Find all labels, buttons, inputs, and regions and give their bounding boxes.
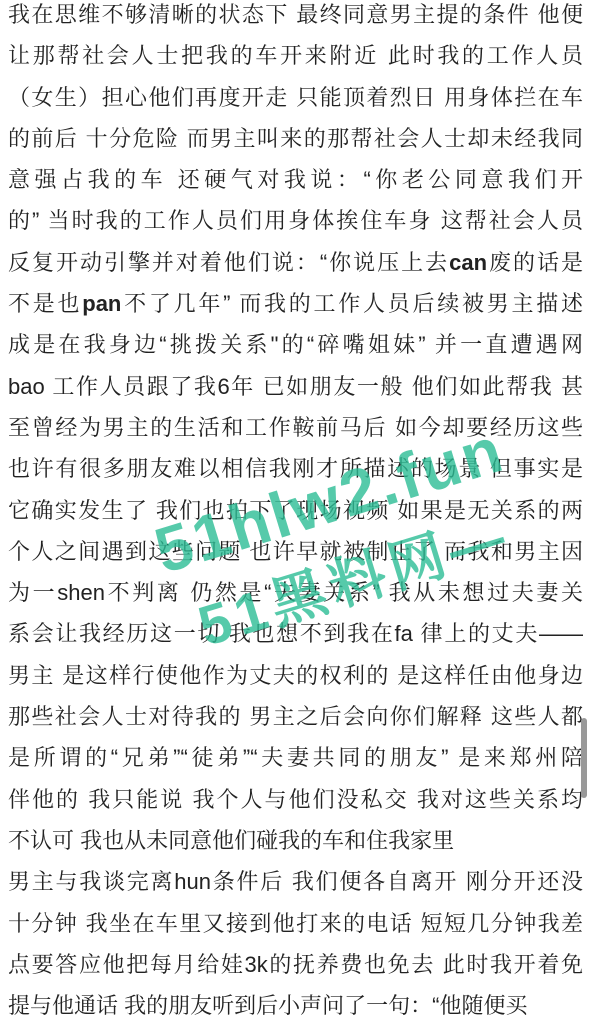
text-segment: 至曾经为男主的生活和工作鞍前马后 如今却要经历这些 [8, 415, 583, 440]
text-line: 是所谓的“兄弟”“徒弟”“夫妻共同的朋友” 是来郑州陪 [8, 737, 583, 778]
text-segment: 男主与我谈完离hun条件后 我们便各自离开 刚分开还没 [8, 869, 583, 894]
text-segment: 伴他的 我只能说 我个人与他们没私交 我对这些关系均 [8, 787, 583, 812]
text-segment: 那些社会人士对待我的 男主之后会向你们解释 这些人都 [8, 704, 583, 729]
text-segment: 个人之间遇到这些问题 也许早就被制止了 而我和男主因 [8, 539, 583, 564]
text-segment: 为一shen不判离 仍然是“夫妻关系” 我从未想过夫妻关 [8, 580, 583, 605]
text-segment: 意强占我的车 还硬气对我说：“你老公同意我们开 [8, 167, 583, 192]
scrollbar-thumb[interactable] [581, 718, 587, 798]
text-line: 系会让我经历这一切 我也想不到我在fa 律上的丈夫—— [8, 613, 583, 654]
text-line: 那些社会人士对待我的 男主之后会向你们解释 这些人都 [8, 696, 583, 737]
paragraph: 我在思维不够清晰的状态下 最终同意男主提的条件 他便让那帮社会人士把我的车开来附… [8, 0, 583, 861]
text-line: 不是也pan不了几年” 而我的工作人员后续被男主描述 [8, 283, 583, 324]
text-line: 男主 是这样行使他作为丈夫的权利的 是这样任由他身边 [8, 655, 583, 696]
text-segment: 是所谓的“兄弟”“徒弟”“夫妻共同的朋友” 是来郑州陪 [8, 745, 583, 770]
text-line: 不认可 我也从未同意他们碰我的车和住我家里 [8, 820, 583, 861]
text-segment: 不了几年” 而我的工作人员后续被男主描述 [121, 291, 583, 316]
text-line: 男主与我谈完离hun条件后 我们便各自离开 刚分开还没 [8, 861, 583, 902]
text-line: 它确实发生了 我们也拍下了现场视频 如果是无关系的两 [8, 490, 583, 531]
text-segment: 点要答应他把每月给娃3k的抚养费也免去 此时我开着免 [8, 952, 583, 977]
text-line: （女生）担心他们再度开走 只能顶着烈日 用身体拦在车 [8, 77, 583, 118]
text-segment: 的前后 十分危险 而男主叫来的那帮社会人士却未经我同 [8, 126, 583, 151]
text-segment: 不认可 我也从未同意他们碰我的车和住我家里 [8, 828, 454, 853]
text-segment: 男主 是这样行使他作为丈夫的权利的 是这样任由他身边 [8, 663, 583, 688]
text-segment: 也许有很多朋友难以相信我刚才所描述的场景 但事实是 [8, 456, 583, 481]
text-line: 伴他的 我只能说 我个人与他们没私交 我对这些关系均 [8, 779, 583, 820]
text-segment: bao 工作人员跟了我6年 已如朋友一般 他们如此帮我 甚 [8, 374, 583, 399]
text-line: 意强占我的车 还硬气对我说：“你老公同意我们开 [8, 159, 583, 200]
text-line: 反复开动引擎并对着他们说：“你说压上去can废的话是 [8, 242, 583, 283]
paragraph: 男主与我谈完离hun条件后 我们便各自离开 刚分开还没十分钟 我坐在车里又接到他… [8, 861, 583, 1025]
bold-text-segment: pan [82, 291, 121, 316]
text-segment: 十分钟 我坐在车里又接到他打来的电话 短短几分钟我差 [8, 911, 583, 936]
text-segment: 废的话是 [487, 250, 583, 275]
text-line: 我在思维不够清晰的状态下 最终同意男主提的条件 他便 [8, 0, 583, 35]
text-line: bao 工作人员跟了我6年 已如朋友一般 他们如此帮我 甚 [8, 366, 583, 407]
text-line: 也许有很多朋友难以相信我刚才所描述的场景 但事实是 [8, 448, 583, 489]
text-segment: 的” 当时我的工作人员们用身体挨住车身 这帮社会人员 [8, 208, 583, 233]
text-line: 点要答应他把每月给娃3k的抚养费也免去 此时我开着免 [8, 944, 583, 985]
post-text-screen: 我在思维不够清晰的状态下 最终同意男主提的条件 他便让那帮社会人士把我的车开来附… [0, 0, 591, 1025]
text-segment: 反复开动引擎并对着他们说：“你说压上去 [8, 250, 449, 275]
text-segment: 成是在我身边“挑拨关系"的“碎嘴姐妹” 并一直遭遇网 [8, 332, 583, 357]
text-segment: 让那帮社会人士把我的车开来附近 此时我的工作人员 [8, 43, 583, 68]
text-line: 提与他通话 我的朋友听到后小声问了一句：“他随便买 [8, 985, 583, 1025]
text-segment: （女生）担心他们再度开走 只能顶着烈日 用身体拦在车 [8, 85, 583, 110]
text-segment: 我在思维不够清晰的状态下 最终同意男主提的条件 他便 [8, 2, 583, 27]
text-line: 成是在我身边“挑拨关系"的“碎嘴姐妹” 并一直遭遇网 [8, 324, 583, 365]
text-segment: 不是也 [8, 291, 82, 316]
article-text: 我在思维不够清晰的状态下 最终同意男主提的条件 他便让那帮社会人士把我的车开来附… [0, 0, 591, 1025]
bold-text-segment: can [449, 250, 487, 275]
text-line: 让那帮社会人士把我的车开来附近 此时我的工作人员 [8, 35, 583, 76]
text-segment: 它确实发生了 我们也拍下了现场视频 如果是无关系的两 [8, 498, 583, 523]
text-line: 至曾经为男主的生活和工作鞍前马后 如今却要经历这些 [8, 407, 583, 448]
text-line: 为一shen不判离 仍然是“夫妻关系” 我从未想过夫妻关 [8, 572, 583, 613]
text-line: 个人之间遇到这些问题 也许早就被制止了 而我和男主因 [8, 531, 583, 572]
text-line: 十分钟 我坐在车里又接到他打来的电话 短短几分钟我差 [8, 903, 583, 944]
text-line: 的” 当时我的工作人员们用身体挨住车身 这帮社会人员 [8, 200, 583, 241]
text-line: 的前后 十分危险 而男主叫来的那帮社会人士却未经我同 [8, 118, 583, 159]
text-segment: 提与他通话 我的朋友听到后小声问了一句：“他随便买 [8, 993, 527, 1018]
text-segment: 系会让我经历这一切 我也想不到我在fa 律上的丈夫—— [8, 621, 583, 646]
